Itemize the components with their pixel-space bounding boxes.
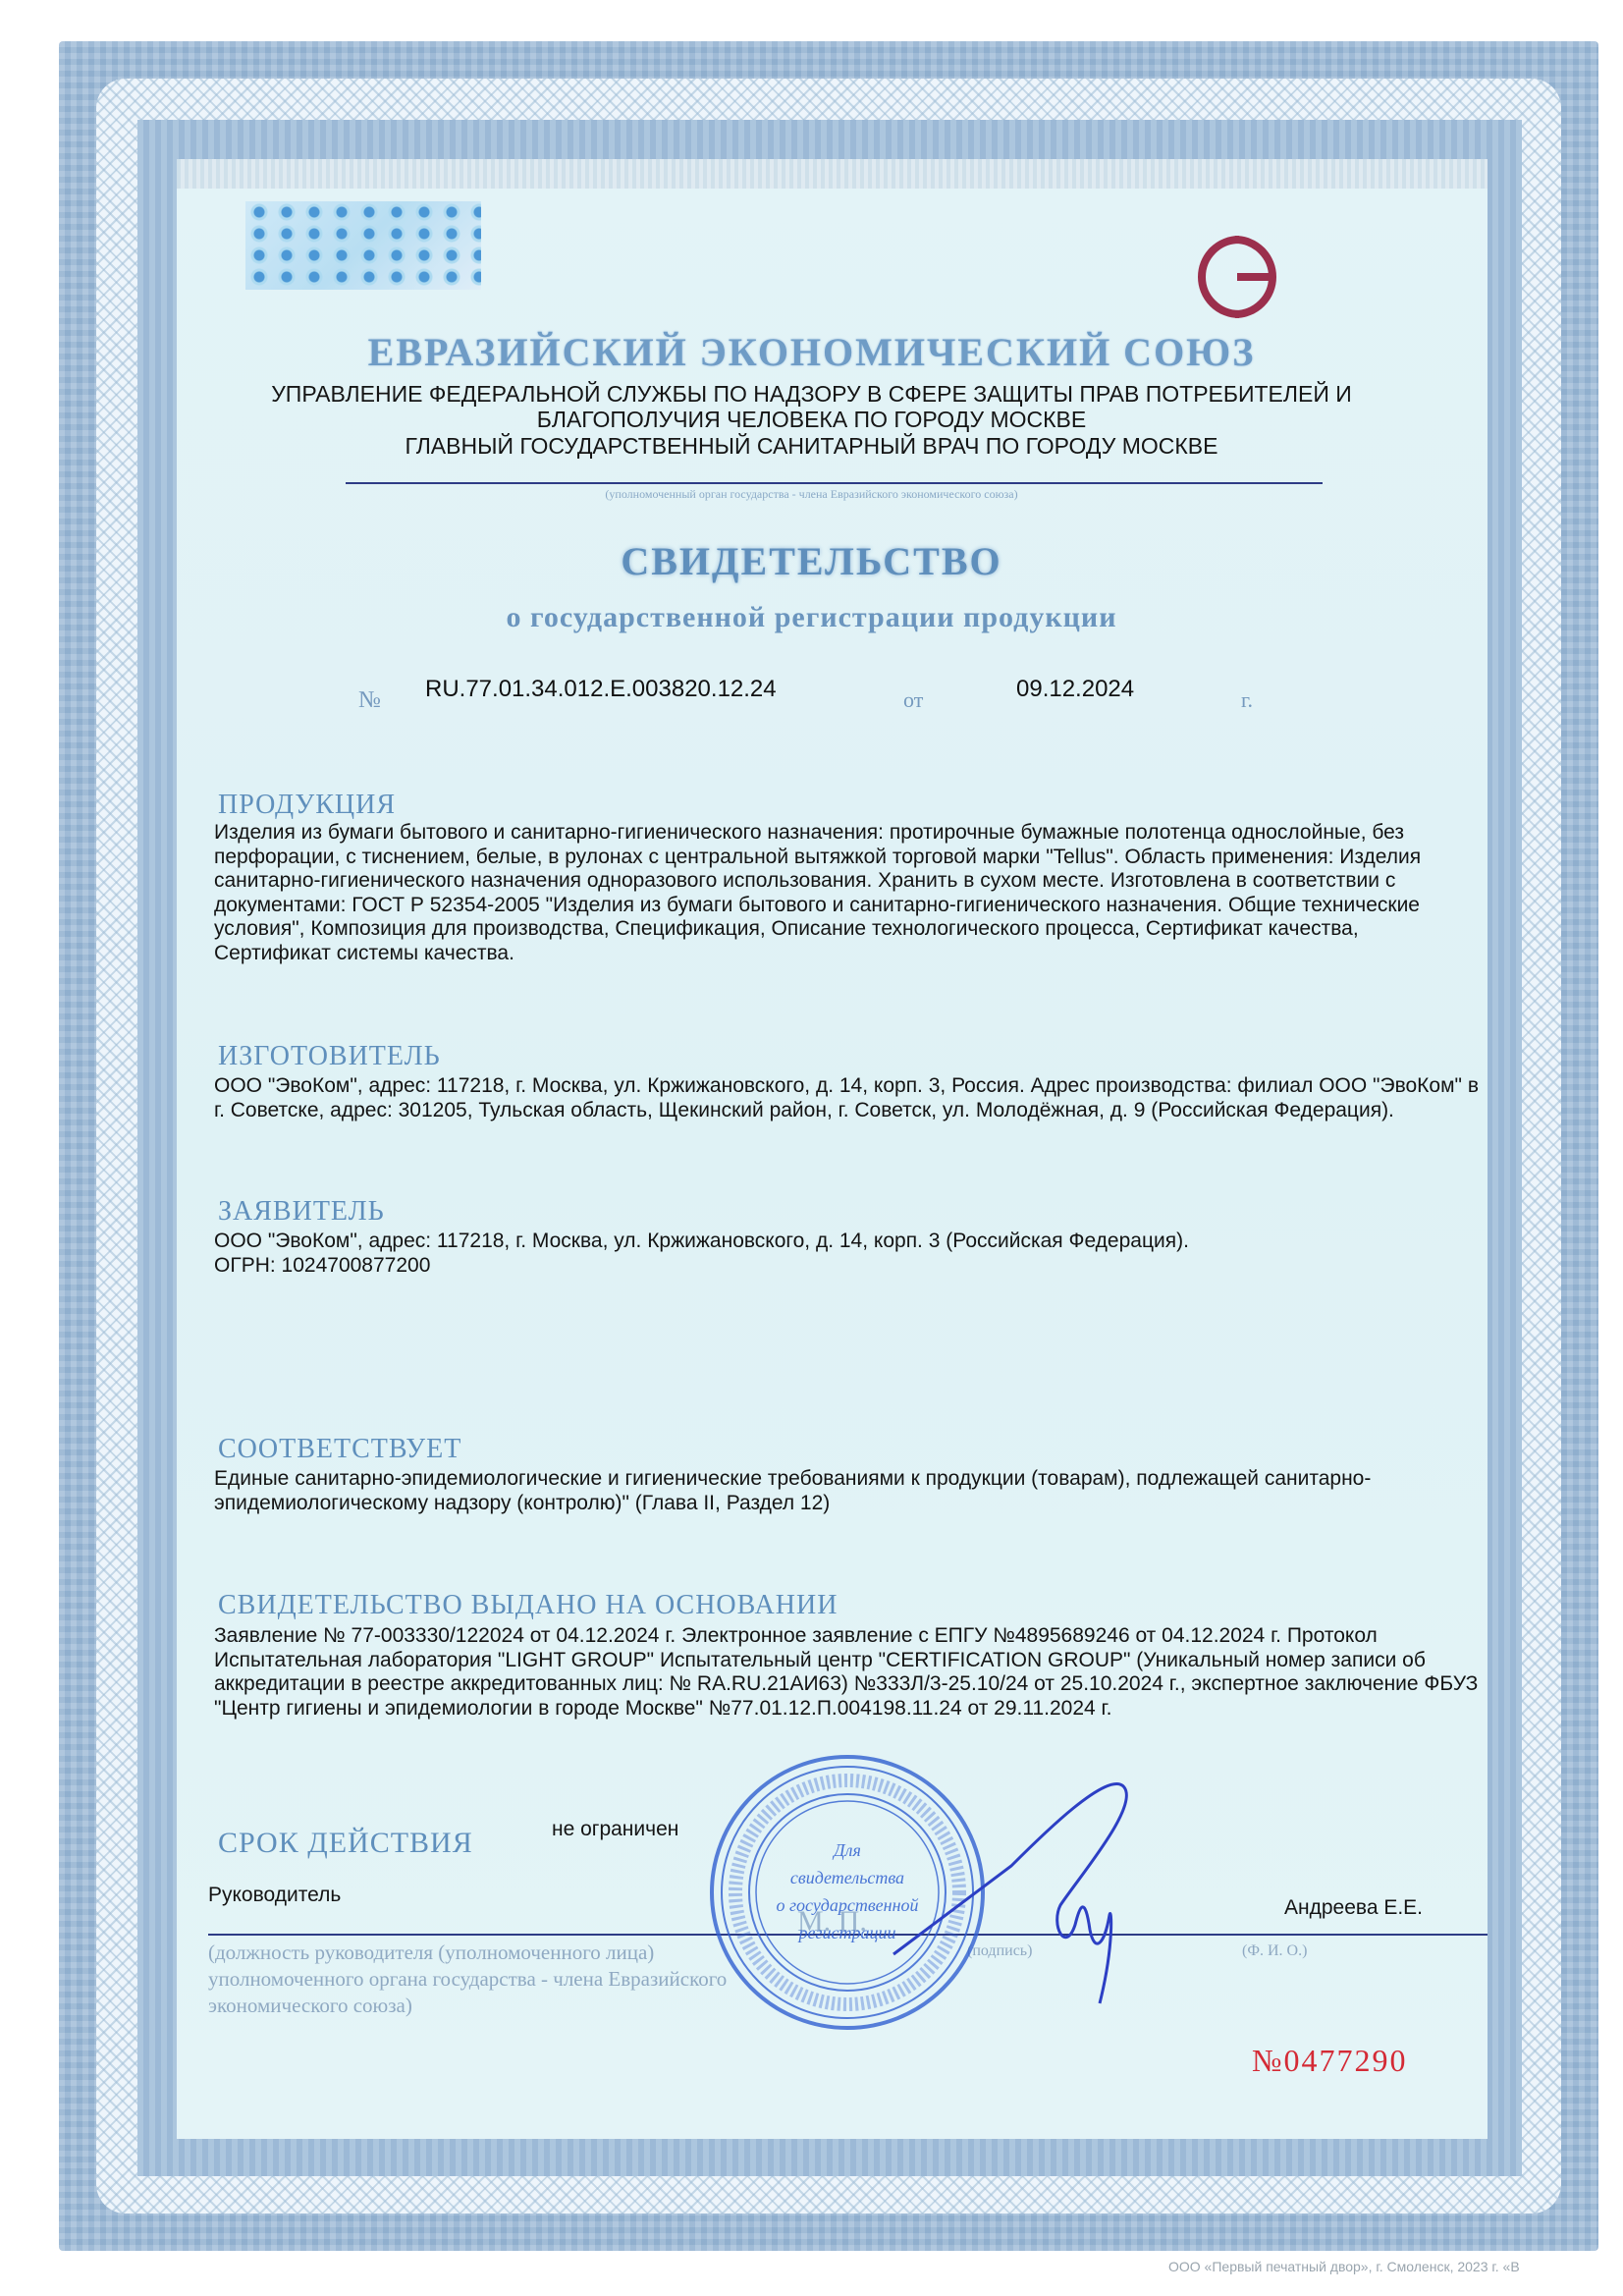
agency-line-1: УПРАВЛЕНИЕ ФЕДЕРАЛЬНОЙ СЛУЖБЫ ПО НАДЗОРУ…	[0, 381, 1623, 408]
applicant-address: ООО "ЭвоКом", адрес: 117218, г. Москва, …	[214, 1230, 1481, 1254]
handwritten-signature	[864, 1758, 1217, 2052]
eurasian-conformity-mark-icon	[1188, 228, 1286, 326]
certificate-title: СВИДЕТЕЛЬСТВО	[0, 538, 1623, 584]
applicant-ogrn: ОГРН: 1024700877200	[214, 1254, 1481, 1279]
section-text-basis: Заявление № 77-003330/122024 от 04.12.20…	[214, 1624, 1481, 1721]
hologram-icon	[245, 201, 481, 290]
agency-line-3: ГЛАВНЫЙ ГОСУДАРСТВЕННЫЙ САНИТАРНЫЙ ВРАЧ …	[0, 433, 1623, 460]
certificate-subtitle: о государственной регистрации продукции	[0, 601, 1623, 634]
union-title: ЕВРАЗИЙСКИЙ ЭКОНОМИЧЕСКИЙ СОЮЗ	[0, 329, 1623, 375]
section-text-applicant: ООО "ЭвоКом", адрес: 117218, г. Москва, …	[214, 1230, 1481, 1278]
validity-label: СРОК ДЕЙСТВИЯ	[218, 1827, 473, 1860]
registration-date: 09.12.2024	[1016, 676, 1134, 703]
printer-footer-note: ООО «Первый печатный двор», г. Смоленск,…	[1168, 2259, 1520, 2274]
section-label-basis: СВИДЕТЕЛЬСТВО ВЫДАНО НА ОСНОВАНИИ	[218, 1590, 838, 1621]
fio-caption: (Ф. И. О.)	[1242, 1942, 1307, 1960]
date-from-label: от	[903, 687, 923, 713]
section-text-manufacturer: ООО "ЭвоКом", адрес: 117218, г. Москва, …	[214, 1074, 1481, 1122]
validity-value: не ограничен	[552, 1818, 678, 1841]
blank-serial-number: №0477290	[1252, 2043, 1408, 2079]
section-text-product: Изделия из бумаги бытового и санитарно-г…	[214, 821, 1481, 965]
section-text-conforms: Единые санитарно-эпидемиологические и ги…	[214, 1467, 1481, 1515]
section-label-applicant: ЗАЯВИТЕЛЬ	[218, 1196, 385, 1228]
section-label-conforms: СООТВЕТСТВУЕТ	[218, 1434, 461, 1465]
authority-caption: (уполномоченный орган государства - член…	[0, 487, 1623, 502]
signatory-role: Руководитель	[208, 1884, 341, 1907]
section-label-product: ПРОДУКЦИЯ	[218, 790, 396, 821]
number-sign: №	[358, 687, 381, 714]
header-divider	[346, 482, 1323, 484]
panel-top-strip	[177, 159, 1488, 189]
year-suffix: г.	[1241, 687, 1253, 713]
position-caption: (должность руководителя (уполномоченного…	[208, 1940, 758, 2019]
signatory-name: Андреева Е.Е.	[1284, 1896, 1423, 1920]
section-label-manufacturer: ИЗГОТОВИТЕЛЬ	[218, 1041, 441, 1072]
registration-number: RU.77.01.34.012.E.003820.12.24	[425, 676, 777, 703]
agency-line-2: БЛАГОПОЛУЧИЯ ЧЕЛОВЕКА ПО ГОРОДУ МОСКВЕ	[0, 407, 1623, 433]
svg-text:Для: Для	[832, 1840, 861, 1860]
